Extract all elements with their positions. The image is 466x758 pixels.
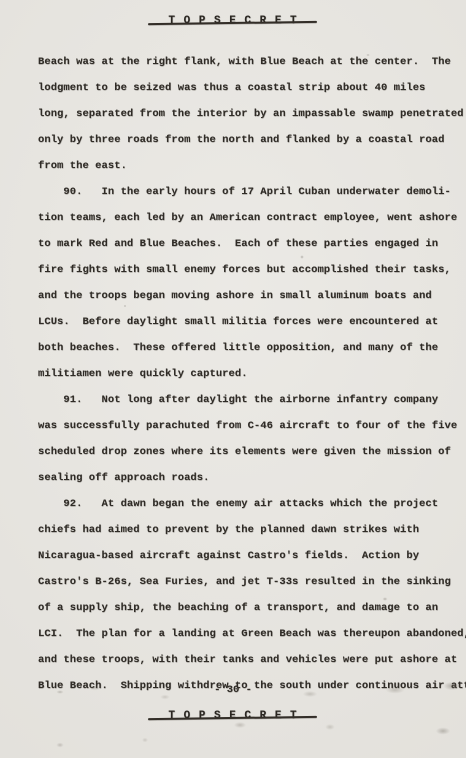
- classification-footer: T O P S E C R E T: [0, 710, 466, 722]
- text-line: was successfully parachuted from C-46 ai…: [38, 413, 466, 439]
- text-line: of a supply ship, the beaching of a tran…: [38, 595, 466, 621]
- classification-header: T O P S E C R E T: [0, 15, 466, 27]
- text-line: sealing off approach roads.: [38, 465, 466, 491]
- text-line: scheduled drop zones where its elements …: [38, 439, 466, 465]
- text-line: 92. At dawn began the enemy air attacks …: [38, 491, 466, 517]
- text-line: LCI. The plan for a landing at Green Bea…: [38, 621, 466, 647]
- text-line: chiefs had aimed to prevent by the plann…: [38, 517, 466, 543]
- text-line: fire fights with small enemy forces but …: [38, 257, 466, 283]
- text-line: 90. In the early hours of 17 April Cuban…: [38, 179, 466, 205]
- text-line: and these troops, with their tanks and v…: [38, 647, 466, 673]
- text-line: tion teams, each led by an American cont…: [38, 205, 466, 231]
- text-line: militiamen were quickly captured.: [38, 361, 466, 387]
- text-line: LCUs. Before daylight small militia forc…: [38, 309, 466, 335]
- text-line: 91. Not long after daylight the airborne…: [38, 387, 466, 413]
- classification-footer-text: T O P S E C R E T: [164, 710, 301, 722]
- document-page: T O P S E C R E T Beach was at the right…: [0, 0, 466, 758]
- text-line: from the east.: [38, 153, 466, 179]
- text-line: long, separated from the interior by an …: [38, 101, 466, 127]
- text-line: Beach was at the right flank, with Blue …: [38, 49, 466, 75]
- text-line: to mark Red and Blue Beaches. Each of th…: [38, 231, 466, 257]
- text-line: lodgment to be seized was thus a coastal…: [38, 75, 466, 101]
- text-line: Nicaragua-based aircraft against Castro'…: [38, 543, 466, 569]
- text-line: both beaches. These offered little oppos…: [38, 335, 466, 361]
- classification-header-text: T O P S E C R E T: [164, 15, 301, 27]
- document-body: Beach was at the right flank, with Blue …: [38, 49, 466, 699]
- text-line: only by three roads from the north and f…: [38, 127, 466, 153]
- page-number: - 30 -: [0, 684, 466, 696]
- text-line: and the troops began moving ashore in sm…: [38, 283, 466, 309]
- text-line: Castro's B-26s, Sea Furies, and jet T-33…: [38, 569, 466, 595]
